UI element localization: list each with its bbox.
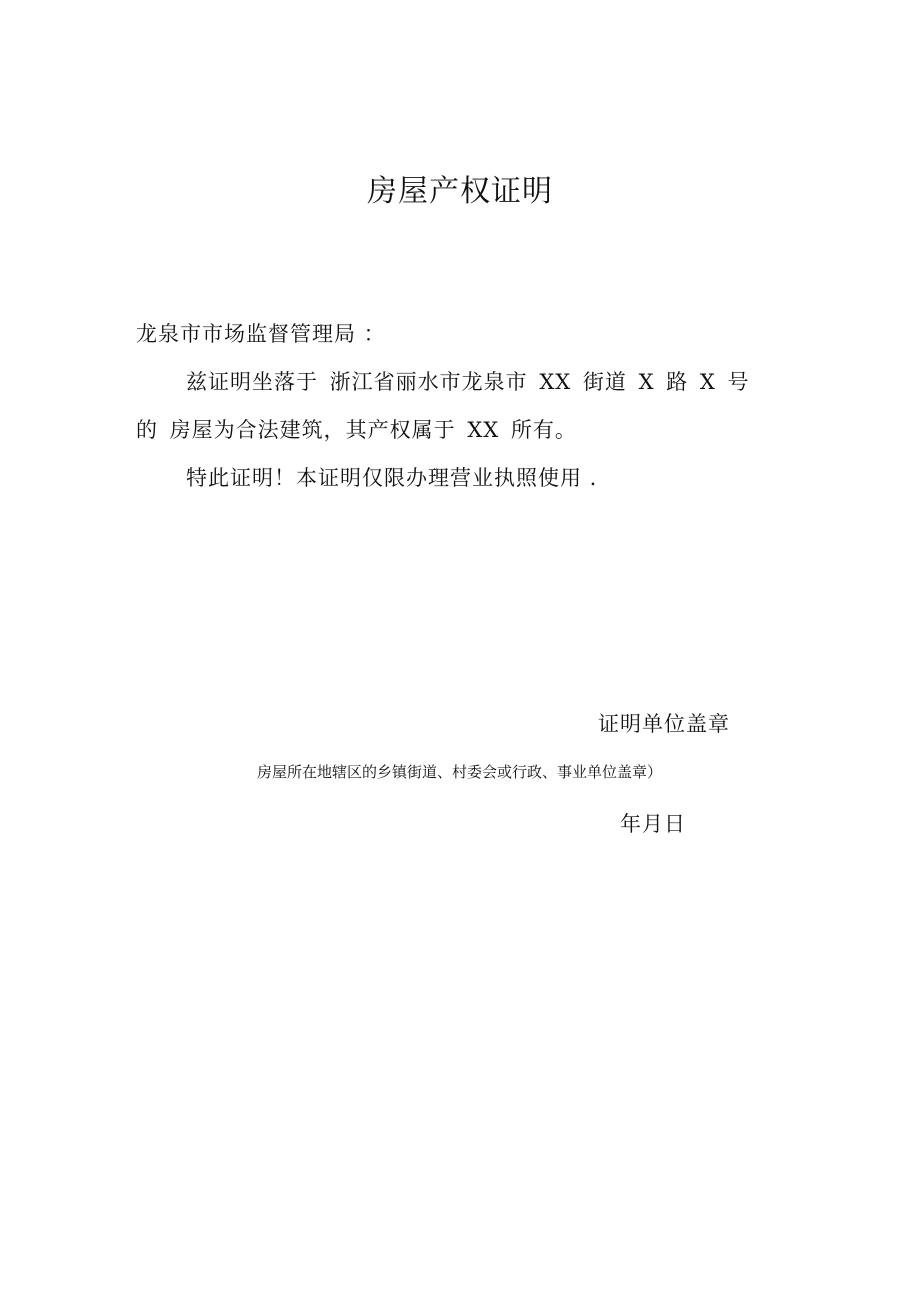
seal-note: 房屋所在地辖区的乡镇街道、村委会或行政、事业单位盖章） [257,761,662,782]
certification-text-line-2: 的 房屋为合法建筑，其产权属于 XX 所有。 [136,414,577,444]
certification-text-line-1: 兹证明坐落于 浙江省丽水市龙泉市 XX 街道 X 路 X 号 [186,366,750,396]
document-title: 房屋产权证明 [0,166,920,210]
addressee: 龙泉市市场监督管理局 ： [136,318,386,348]
seal-label: 证明单位盖章 [598,708,730,738]
date-label: 年月日 [620,808,686,838]
closing-statement: 特此证明！本证明仅限办理营业执照使用 . [186,462,597,492]
